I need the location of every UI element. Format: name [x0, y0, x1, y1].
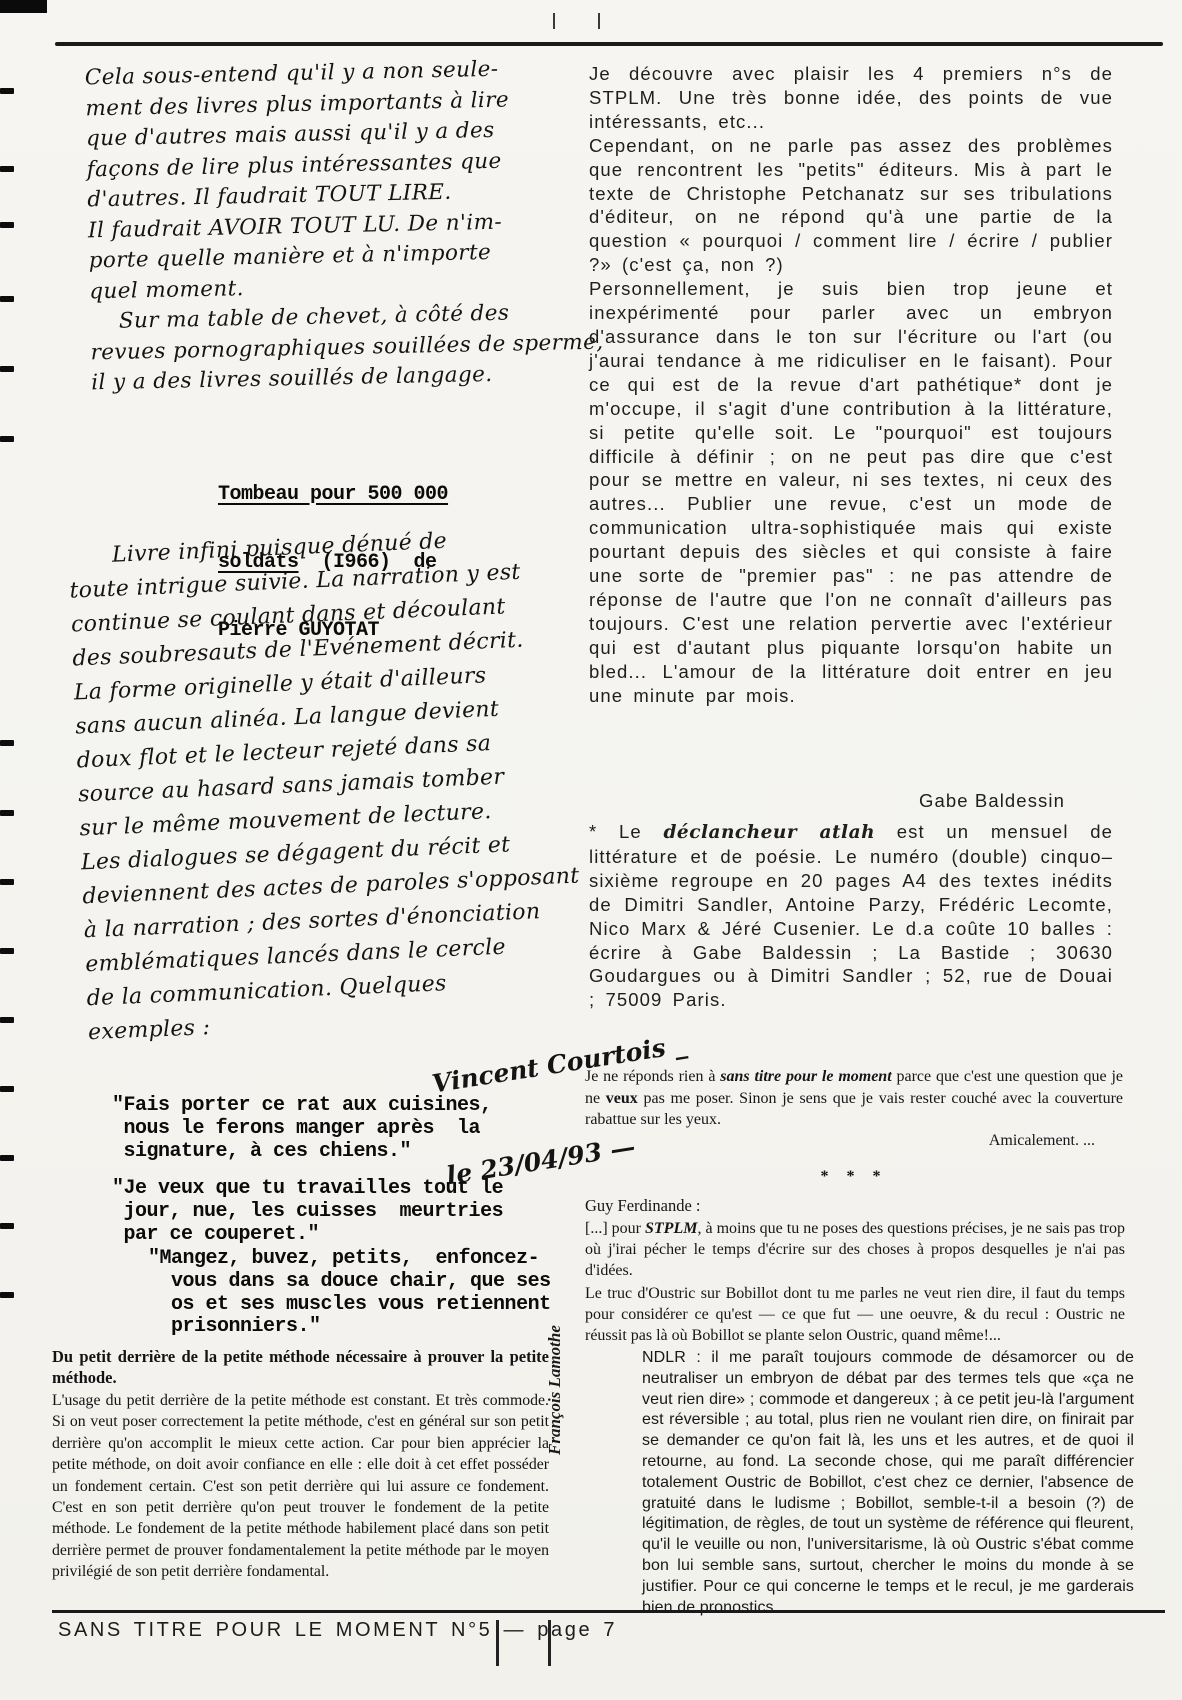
scan-artifact-mark: [0, 436, 14, 442]
author-attribution: François Lamothe: [545, 1325, 565, 1455]
scan-artifact-mark: [0, 88, 14, 94]
scan-artifact-mark: [0, 166, 14, 172]
registration-tick: [496, 1620, 499, 1666]
scanned-zine-page: Cela sous-entend qu'il y a non seule- me…: [0, 0, 1182, 1700]
top-rule: [55, 42, 1163, 46]
method-heading: Du petit derrière de la petite méthode n…: [52, 1346, 549, 1388]
scan-artifact-mark: [0, 1155, 14, 1161]
letter-paragraph: Personnellement, je suis bien trop jeune…: [589, 277, 1113, 707]
footnote-prefix: * Le: [589, 821, 664, 842]
handwritten-signature: Vincent Courtois _ le 23/04/93 —: [420, 967, 713, 1252]
scan-artifact-mark: [0, 1292, 14, 1298]
typewriter-quote-2: "Je veux que tu travailles tout le jour,…: [112, 1178, 503, 1246]
scan-artifact-mark: [0, 222, 14, 228]
handwritten-note-reading: Cela sous-entend qu'il y a non seule- me…: [85, 53, 605, 399]
scan-artifact-mark: [0, 296, 14, 302]
scan-artifact-mark: [0, 879, 14, 885]
revue-title: déclancheur atlah: [664, 822, 876, 843]
registration-tick: [548, 1620, 551, 1666]
scan-artifact-mark: [0, 810, 14, 816]
scan-artifact-mark: [0, 740, 14, 746]
method-article: Du petit derrière de la petite méthode n…: [52, 1346, 549, 1583]
signature-date: le 23/04/93 —: [444, 1121, 703, 1192]
scan-artifact-corner: [0, 0, 47, 13]
letter-text: Je découvre avec plaisir les 4 premiers …: [589, 62, 1113, 707]
footer-rule: [52, 1610, 1165, 1613]
scan-artifact-mark: [0, 1223, 14, 1229]
letter-paragraph: Cependant, on ne parle pas assez des pro…: [589, 134, 1113, 277]
correspondent-paragraph: Le truc d'Oustric sur Bobillot dont tu m…: [585, 1283, 1125, 1347]
scan-artifact-mark: [0, 1086, 14, 1092]
handwritten-note-guyotat: Livre infini puisque dénué de toute intr…: [68, 520, 586, 1050]
letter-signature: Gabe Baldessin: [589, 790, 1113, 812]
book-title-line1: Tombeau pour 500 000: [218, 483, 448, 506]
method-body: L'usage du petit derrière de la petite m…: [52, 1390, 549, 1583]
scan-artifact-mark: [0, 366, 14, 372]
typewriter-quote-3: "Mangez, buvez, petits, enfoncez- vous d…: [148, 1248, 551, 1339]
page-footer: SANS TITRE POUR LE MOMENT N°5 — page 7: [58, 1619, 617, 1642]
signature-name: Vincent Courtois _: [430, 1029, 689, 1100]
registration-tick: [598, 13, 600, 29]
scan-artifact-mark: [0, 948, 14, 954]
zine-title-italic: sans titre pour le moment: [720, 1068, 891, 1085]
typewriter-quote-1: "Fais porter ce rat aux cuisines, nous l…: [112, 1095, 492, 1163]
registration-tick: [553, 13, 555, 29]
letter-paragraph: Je découvre avec plaisir les 4 premiers …: [589, 62, 1113, 134]
editors-note: NDLR : il me paraît toujours commode de …: [642, 1348, 1134, 1618]
scan-artifact-mark: [0, 1017, 14, 1023]
zine-acronym: STPLM: [645, 1220, 697, 1237]
correspondent-paragraph: [...] pour STPLM, à moins que tu ne pose…: [585, 1218, 1125, 1282]
